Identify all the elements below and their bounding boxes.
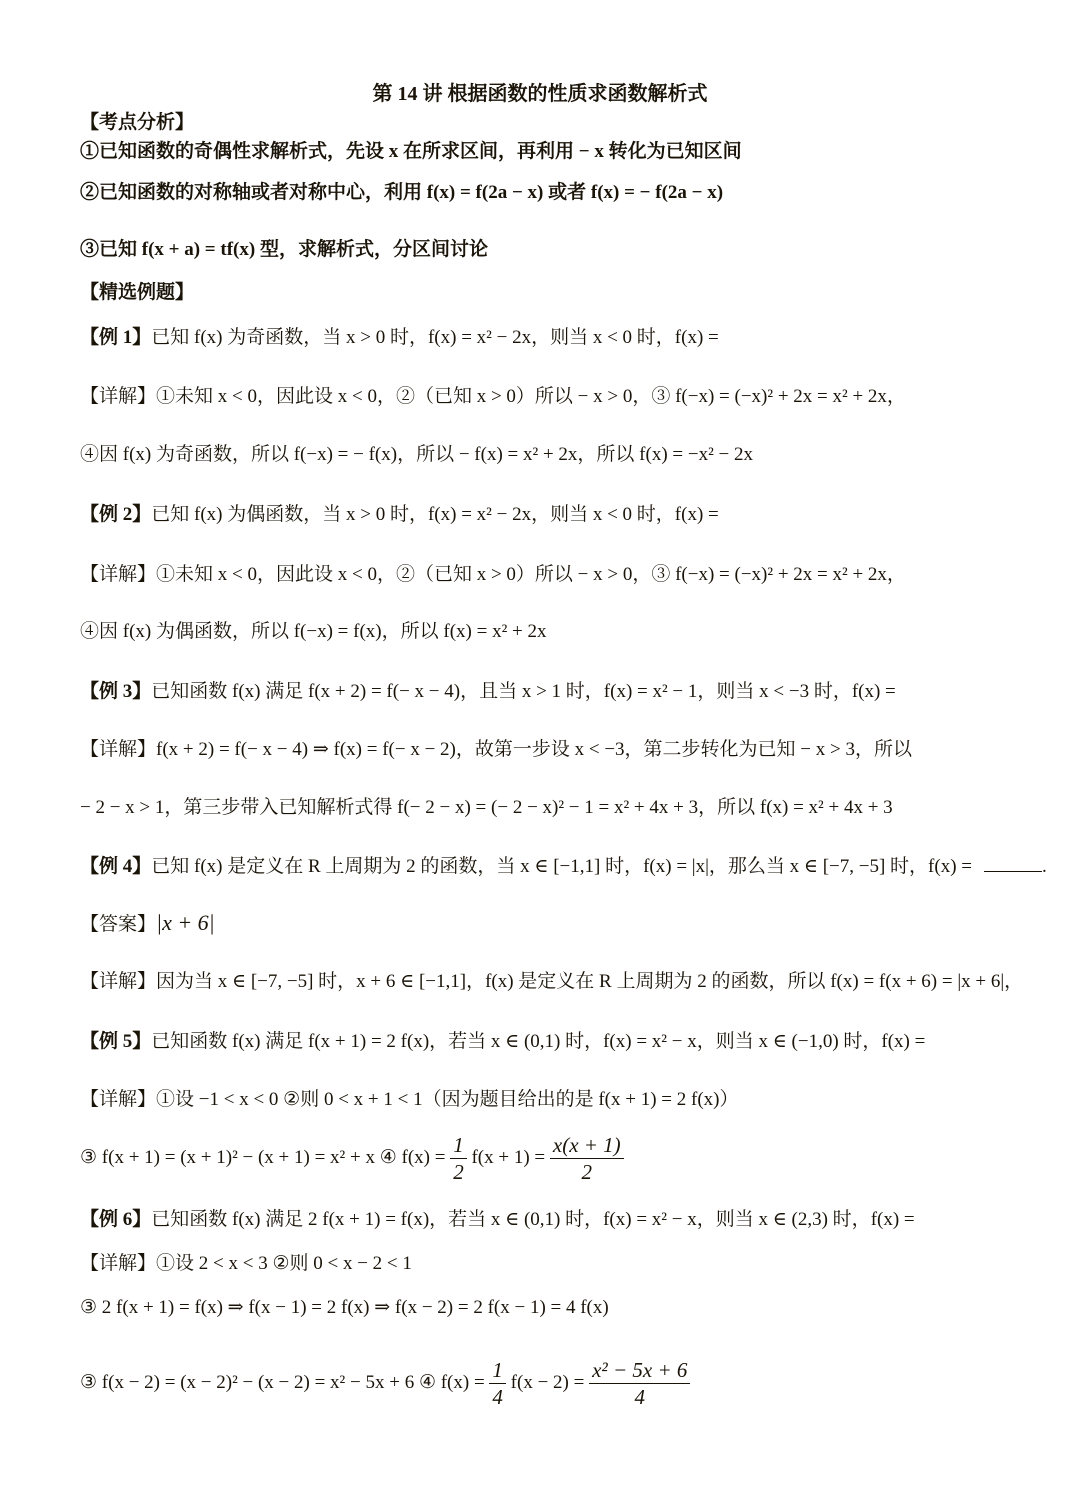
example-5-solution-1: 【详解】①设 −1 < x < 0 ②则 0 < x + 1 < 1（因为题目给…: [80, 1085, 739, 1115]
example-6-question: 【例 6】已知函数 f(x) 满足 2 f(x + 1) = f(x)，若当 x…: [80, 1205, 915, 1235]
numerator: 1: [450, 1132, 467, 1159]
example-6-solution-1: 【详解】①设 2 < x < 3 ②则 0 < x − 2 < 1: [80, 1249, 412, 1279]
analysis-point-3: ③已知 f(x + a) = tf(x) 型，求解析式，分区间讨论: [80, 235, 488, 265]
numerator: 1: [489, 1357, 506, 1384]
denominator: 2: [450, 1159, 467, 1185]
answer-value: |x + 6|: [156, 910, 215, 935]
example-label: 【例 5】: [80, 1031, 151, 1052]
example-5-solution-2: ③ f(x + 1) = (x + 1)² − (x + 1) = x² + x…: [80, 1130, 624, 1186]
question-text: 已知函数 f(x) 满足 f(x + 1) = 2 f(x)，若当 x ∈ (0…: [151, 1031, 925, 1052]
denominator: 4: [489, 1384, 506, 1410]
example-1-solution-1: 【详解】①未知 x < 0，因此设 x < 0，②（已知 x > 0）所以 − …: [80, 382, 906, 412]
example-2-solution-2: ④因 f(x) 为偶函数，所以 f(−x) = f(x)，所以 f(x) = x…: [80, 617, 546, 647]
solution-text: 因为当 x ∈ [−7, −5] 时，x + 6 ∈ [−1,1]，f(x) 是…: [156, 971, 1023, 992]
analysis-point-1: ①已知函数的奇偶性求解析式，先设 x 在所求区间，再利用 − x 转化为已知区间: [80, 137, 742, 167]
denominator: 4: [589, 1384, 690, 1410]
fraction-result: x² − 5x + 64: [589, 1357, 690, 1410]
example-1-question: 【例 1】已知 f(x) 为奇函数，当 x > 0 时，f(x) = x² − …: [80, 323, 719, 353]
solution-text: ①设 2 < x < 3 ②则 0 < x − 2 < 1: [156, 1253, 412, 1274]
example-label: 【例 3】: [80, 681, 151, 702]
example-label: 【例 1】: [80, 327, 151, 348]
example-5-question: 【例 5】已知函数 f(x) 满足 f(x + 1) = 2 f(x)，若当 x…: [80, 1027, 925, 1057]
analysis-point-2: ②已知函数的对称轴或者对称中心，利用 f(x) = f(2a − x) 或者 f…: [80, 178, 723, 208]
solution-label: 【详解】: [80, 564, 156, 585]
solution-text: ①未知 x < 0，因此设 x < 0，②（已知 x > 0）所以 − x > …: [156, 386, 906, 407]
solution-text: ③ f(x + 1) = (x + 1)² − (x + 1) = x² + x…: [80, 1147, 450, 1168]
example-6-solution-2: ③ 2 f(x + 1) = f(x) ⇒ f(x − 1) = 2 f(x) …: [80, 1293, 609, 1323]
numerator: x² − 5x + 6: [589, 1357, 690, 1384]
example-label: 【例 2】: [80, 504, 151, 525]
examples-heading: 【精选例题】: [80, 278, 194, 308]
analysis-heading: 【考点分析】: [80, 108, 194, 138]
example-label: 【例 6】: [80, 1209, 151, 1230]
example-2-question: 【例 2】已知 f(x) 为偶函数，当 x > 0 时，f(x) = x² − …: [80, 500, 719, 530]
denominator: 2: [550, 1159, 624, 1185]
solution-label: 【详解】: [80, 739, 156, 760]
example-3-solution-2: − 2 − x > 1，第三步带入已知解析式得 f(− 2 − x) = (− …: [80, 793, 893, 823]
example-4-solution-1: 【详解】因为当 x ∈ [−7, −5] 时，x + 6 ∈ [−1,1]，f(…: [80, 967, 1023, 997]
solution-label: 【详解】: [80, 971, 156, 992]
question-text: 已知 f(x) 为奇函数，当 x > 0 时，f(x) = x² − 2x，则当…: [151, 327, 718, 348]
solution-text: f(x − 2) =: [506, 1372, 589, 1393]
solution-text: f(x + 1) =: [467, 1147, 550, 1168]
page-title: 第 14 讲 根据函数的性质求函数解析式: [0, 80, 1080, 108]
fraction-one-quarter: 14: [489, 1357, 506, 1410]
question-text: 已知 f(x) 是定义在 R 上周期为 2 的函数，当 x ∈ [−1,1] 时…: [151, 856, 972, 877]
example-2-solution-1: 【详解】①未知 x < 0，因此设 x < 0，②（已知 x > 0）所以 − …: [80, 560, 906, 590]
solution-text: ③ f(x − 2) = (x − 2)² − (x − 2) = x² − 5…: [80, 1372, 489, 1393]
solution-text: ①未知 x < 0，因此设 x < 0，②（已知 x > 0）所以 − x > …: [156, 564, 906, 585]
solution-label: 【详解】: [80, 1089, 156, 1110]
numerator: x(x + 1): [550, 1132, 624, 1159]
question-text: 已知函数 f(x) 满足 2 f(x + 1) = f(x)，若当 x ∈ (0…: [151, 1209, 914, 1230]
fraction-result: x(x + 1)2: [550, 1132, 624, 1185]
example-label: 【例 4】: [80, 856, 151, 877]
solution-text: f(x + 2) = f(− x − 4) ⇒ f(x) = f(− x − 2…: [156, 739, 912, 760]
answer-label: 【答案】: [80, 914, 156, 935]
fraction-one-half: 12: [450, 1132, 467, 1185]
example-3-solution-1: 【详解】f(x + 2) = f(− x − 4) ⇒ f(x) = f(− x…: [80, 735, 912, 765]
question-text: 已知函数 f(x) 满足 f(x + 2) = f(− x − 4)，且当 x …: [151, 681, 896, 702]
example-3-question: 【例 3】已知函数 f(x) 满足 f(x + 2) = f(− x − 4)，…: [80, 677, 896, 707]
solution-text: ①设 −1 < x < 0 ②则 0 < x + 1 < 1（因为题目给出的是 …: [156, 1089, 738, 1110]
solution-label: 【详解】: [80, 386, 156, 407]
example-6-solution-3: ③ f(x − 2) = (x − 2)² − (x − 2) = x² − 5…: [80, 1355, 690, 1411]
example-4-question: 【例 4】已知 f(x) 是定义在 R 上周期为 2 的函数，当 x ∈ [−1…: [80, 852, 1047, 882]
example-1-solution-2: ④因 f(x) 为奇函数，所以 f(−x) = − f(x)，所以 − f(x)…: [80, 440, 753, 470]
answer-blank: [984, 853, 1042, 872]
example-4-answer: 【答案】|x + 6|: [80, 908, 215, 940]
solution-label: 【详解】: [80, 1253, 156, 1274]
question-text: 已知 f(x) 为偶函数，当 x > 0 时，f(x) = x² − 2x，则当…: [151, 504, 718, 525]
